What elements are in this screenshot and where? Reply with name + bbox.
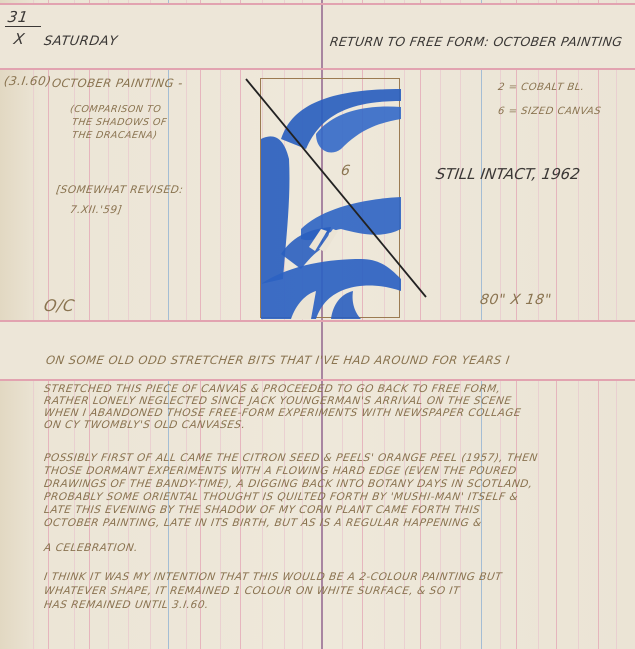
- center-ruling-line: [321, 5, 323, 69]
- paragraph-line: probably some oriental thought is quilte…: [43, 492, 519, 504]
- date-day: 31: [7, 8, 30, 26]
- paragraph-line: I think it was my intention that this wo…: [43, 572, 503, 584]
- date-month: X: [13, 30, 26, 48]
- intro-line: On some old odd stretcher bits that I've…: [45, 353, 511, 367]
- ruling-rule: [0, 379, 635, 381]
- paragraph-line: October Painting, late in its birth, but…: [43, 518, 482, 530]
- entry-ref: (3.I.60): [3, 74, 52, 88]
- ledger-page: 31 X Saturday Return to free form: Octob…: [0, 0, 635, 649]
- revision-note: [Somewhat revised:: [55, 184, 184, 196]
- page-title: Return to free form: October Painting: [329, 34, 623, 49]
- revision-date: 7.XII.'59]: [69, 204, 123, 216]
- subtitle-line: the Dracaena): [71, 130, 158, 141]
- paragraph-line: drawings of the Bandy-time), a digging b…: [43, 479, 533, 491]
- painting-sketch: 6: [260, 78, 400, 318]
- paragraph-line: late this evening by the shadow of my co…: [43, 505, 481, 517]
- date-divider: [5, 26, 41, 27]
- paragraph-line: on Cy Twombly's old canvases.: [43, 420, 246, 432]
- work-title: October Painting -: [51, 76, 184, 90]
- paragraph-line: when I abandoned those free-form experim…: [43, 408, 522, 420]
- legend-cobalt: 2 = Cobalt Bl.: [497, 82, 585, 93]
- weekday: Saturday: [43, 34, 119, 49]
- subtitle-line: the shadows of: [71, 117, 167, 128]
- status-note: Still intact, 1962: [435, 165, 581, 183]
- subtitle-line: (Comparison to: [69, 104, 162, 116]
- intro-band: [0, 322, 635, 380]
- paragraph-line: a celebration.: [43, 543, 138, 555]
- paragraph-line: stretched this piece of canvas & proceed…: [43, 384, 501, 396]
- paragraph-line: rather lonely neglected since Jack Young…: [43, 396, 512, 408]
- paragraph-line: has remained until 3.I.60.: [43, 600, 209, 612]
- painting-sketch-drawing: [241, 69, 431, 329]
- center-ruling-line: [321, 322, 323, 380]
- dimensions: 80" x 18": [479, 292, 553, 308]
- ruling-rule: [0, 3, 635, 5]
- paragraph-line: those dormant experiments with a flowing…: [43, 466, 517, 478]
- legend-canvas: 6 = Sized Canvas: [497, 106, 602, 117]
- paragraph-line: Possibly first of all came the Citron Se…: [43, 453, 538, 465]
- paragraph-line: whatever shape, it remained 1 colour on …: [43, 586, 460, 598]
- medium: O/C: [43, 296, 76, 315]
